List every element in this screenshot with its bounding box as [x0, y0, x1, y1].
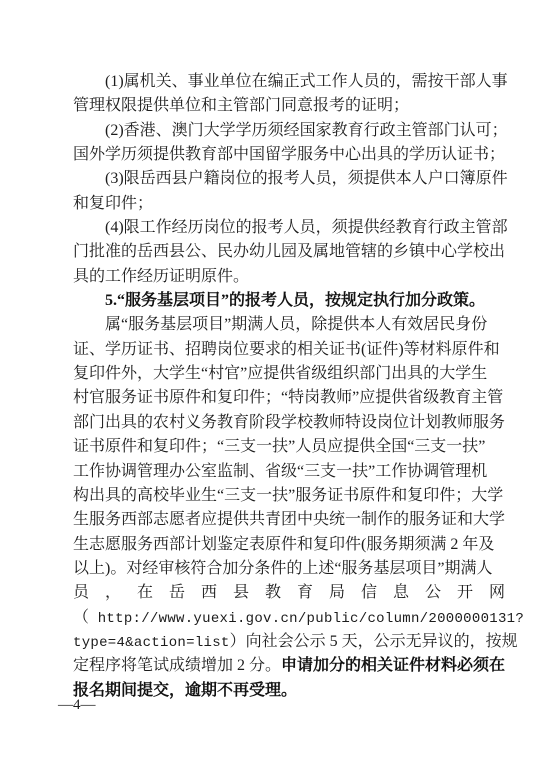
bold-text: 5.“服务基层项目”的报考人员，按规定执行加分政策。: [105, 292, 485, 309]
document-body: (1)属机关、事业单位在编正式工作人员的，需按干部人事管理权限提供单位和主管部门…: [73, 70, 505, 703]
text-line: 复印件外，大学生“村官”应提供省级组织部门出具的大学生: [73, 362, 505, 386]
body-text: 管理权限提供单位和主管部门同意报考的证明；: [73, 97, 409, 114]
document-page: (1)属机关、事业单位在编正式工作人员的，需按干部人事管理权限提供单位和主管部门…: [0, 0, 553, 782]
text-line: 5.“服务基层项目”的报考人员，按规定执行加分政策。: [73, 289, 505, 313]
text-line: 工作协调管理办公室监制、省级“三支一扶”工作协调管理机: [73, 460, 505, 484]
text-line: 以上)。对经审核符合加分条件的上述“服务基层项目”期满人: [73, 557, 505, 581]
text-line: 具的工作经历证明原件。: [73, 265, 505, 289]
body-text: 以上)。对经审核符合加分条件的上述“服务基层项目”期满人: [73, 560, 493, 577]
text-line: (3)限岳西县户籍岗位的报考人员，须提供本人户口簿原件: [73, 167, 505, 191]
body-text: 工作协调管理办公室监制、省级“三支一扶”工作协调管理机: [73, 463, 487, 480]
text-line: 证、学历证书、招聘岗位要求的相关证书(证件)等材料原件和: [73, 338, 505, 362]
text-line: 生志愿服务西部计划鉴定表原件和复印件(服务期须满 2 年及: [73, 533, 505, 557]
body-text: 证、学历证书、招聘岗位要求的相关证书(证件)等材料原件和: [73, 341, 500, 358]
text-line: 定程序将笔试成绩增加 2 分。申请加分的相关证件材料必须在: [73, 654, 505, 678]
body-text: (1)属机关、事业单位在编正式工作人员的，需按干部人事: [105, 73, 508, 90]
text-line: 证书原件和复印件；“三支一扶”人员应提供全国“三支一扶”: [73, 435, 505, 459]
text-line: 管理权限提供单位和主管部门同意报考的证明；: [73, 94, 505, 118]
page-number: —4—: [58, 696, 96, 714]
body-text: 门批准的岳西县公、民办幼儿园及属地管辖的乡镇中心学校出: [73, 243, 505, 260]
body-text: 定程序将笔试成绩增加 2 分。: [73, 657, 281, 674]
body-text: 证书原件和复印件；“三支一扶”人员应提供全国“三支一扶”: [73, 438, 485, 455]
text-line: 门批准的岳西县公、民办幼儿园及属地管辖的乡镇中心学校出: [73, 240, 505, 264]
body-text: (3)限岳西县户籍岗位的报考人员，须提供本人户口簿原件: [105, 170, 508, 187]
url-text: type=4&action=list: [73, 635, 230, 651]
text-line: 属“服务基层项目”期满人员，除提供本人有效居民身份: [73, 313, 505, 337]
body-text: 和复印件；: [73, 195, 153, 212]
body-text: 员，在岳西县教育局信息公开网: [73, 584, 505, 601]
text-line: 构出具的高校毕业生“三支一扶”服务证书原件和复印件；大学: [73, 484, 505, 508]
body-text: （: [73, 609, 89, 626]
body-text: (2)香港、澳门大学学历须经国家教育行政主管部门认可；: [105, 122, 508, 139]
text-line: 部门出具的农村义务教育阶段学校教师特设岗位计划教师服务: [73, 411, 505, 435]
body-text: 生服务西部志愿者应提供共青团中央统一制作的服务证和大学: [73, 511, 505, 528]
body-text: 村官服务证书原件和复印件；“特岗教师”应提供省级教育主管: [73, 389, 503, 406]
bold-text: 申请加分的相关证件材料必须在: [281, 657, 505, 674]
text-line: 和复印件；: [73, 192, 505, 216]
text-line: 报名期间提交，逾期不再受理。: [73, 679, 505, 703]
body-text: 国外学历须提供教育部中国留学服务中心出具的学历认证书；: [73, 146, 505, 163]
body-text: 复印件外，大学生“村官”应提供省级组织部门出具的大学生: [73, 365, 487, 382]
text-line: 国外学历须提供教育部中国留学服务中心出具的学历认证书；: [73, 143, 505, 167]
body-text: ）向社会公示 5 天，公示无异议的，按规: [230, 633, 518, 650]
text-line: type=4&action=list）向社会公示 5 天，公示无异议的，按规: [73, 630, 505, 654]
body-text: 部门出具的农村义务教育阶段学校教师特设岗位计划教师服务: [73, 414, 505, 431]
text-line: 生服务西部志愿者应提供共青团中央统一制作的服务证和大学: [73, 508, 505, 532]
body-text: 构出具的高校毕业生“三支一扶”服务证书原件和复印件；大学: [73, 487, 503, 504]
body-text: 属“服务基层项目”期满人员，除提供本人有效居民身份: [105, 316, 487, 333]
body-text: 生志愿服务西部计划鉴定表原件和复印件(服务期须满 2 年及: [73, 536, 494, 553]
text-line: (2)香港、澳门大学学历须经国家教育行政主管部门认可；: [73, 119, 505, 143]
text-line: 员，在岳西县教育局信息公开网: [73, 581, 505, 605]
body-text: 具的工作经历证明原件。: [73, 268, 249, 285]
text-line: （ http://www.yuexi.gov.cn/public/column/…: [73, 606, 505, 630]
text-line: (4)限工作经历岗位的报考人员，须提供经教育行政主管部: [73, 216, 505, 240]
bold-text: 报名期间提交，逾期不再受理。: [73, 682, 297, 699]
url-text: http://www.yuexi.gov.cn/public/column/20…: [89, 611, 524, 627]
text-line: 村官服务证书原件和复印件；“特岗教师”应提供省级教育主管: [73, 386, 505, 410]
body-text: (4)限工作经历岗位的报考人员，须提供经教育行政主管部: [105, 219, 508, 236]
text-line: (1)属机关、事业单位在编正式工作人员的，需按干部人事: [73, 70, 505, 94]
